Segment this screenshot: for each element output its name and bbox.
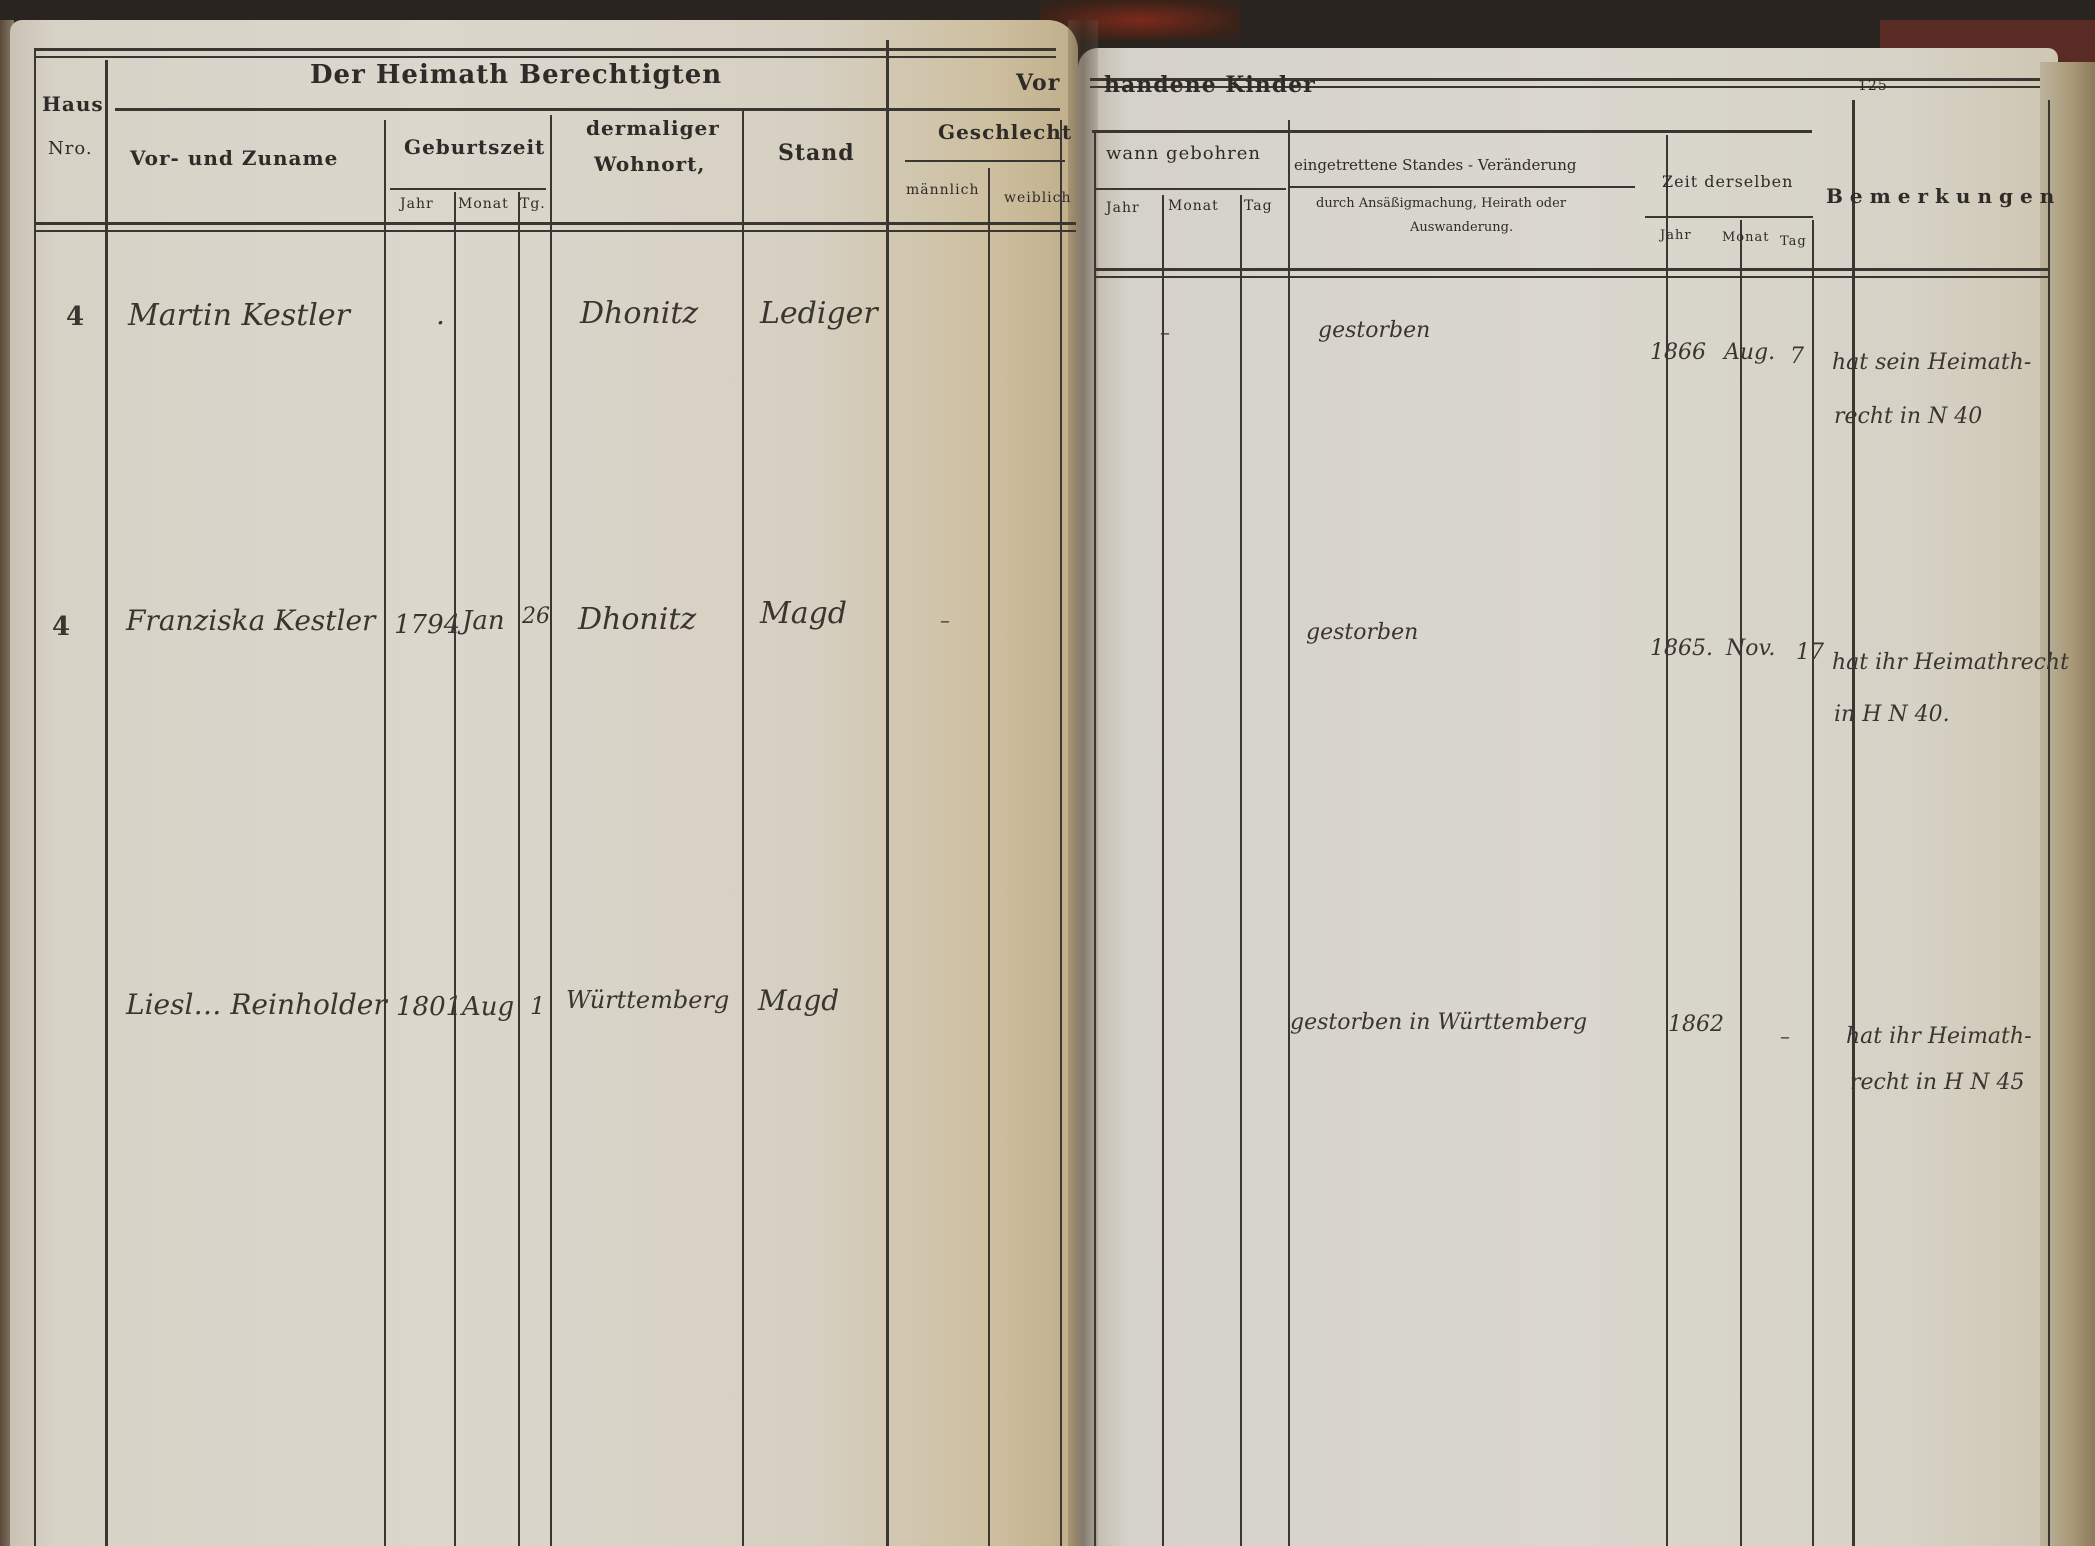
col-maennlich-label: männlich — [906, 182, 979, 198]
col-kind-tag-label: Tag — [1244, 198, 1273, 214]
cell-wohnort: Dhonitz — [578, 602, 696, 637]
cell-stand: Magd — [760, 596, 847, 631]
col-veraenderung-label-2: durch Ansäßigmachung, Heirath oder — [1316, 196, 1566, 211]
cell-geb-monat: Jan — [462, 606, 505, 636]
cell-name: Martin Kestler — [128, 298, 350, 333]
right-page — [1078, 48, 2058, 1546]
cell-veraenderung: gestorben in Württemberg — [1290, 1010, 1587, 1035]
col-veraenderung-label-3: Auswanderung. — [1410, 220, 1513, 235]
cell-zeit-jahr: 1862 — [1668, 1012, 1724, 1037]
col-zeit-label: Zeit derselben — [1662, 172, 1793, 191]
col-bemerkungen-label: Bemerkungen — [1826, 184, 2061, 208]
cell-kind-jahr: – — [1160, 320, 1170, 344]
cell-zeit-tag: 17 — [1796, 640, 1824, 665]
cell-zeit-monat: – — [1780, 1024, 1790, 1048]
page-number: 125 — [1858, 78, 1888, 94]
cell-maennlich: – — [940, 608, 950, 632]
cell-wohnort: Württemberg — [566, 986, 729, 1014]
col-zeit-jahr-label: Jahr — [1660, 228, 1692, 243]
col-veraenderung-label-1: eingetrettene Standes - Veränderung — [1294, 156, 1577, 174]
cell-bemerkungen-line1: hat ihr Heimath- — [1846, 1024, 2032, 1049]
cell-bemerkungen-line2: in H N 40. — [1834, 702, 1950, 727]
col-kind-monat-label: Monat — [1168, 198, 1219, 214]
cell-bemerkungen-line1: hat ihr Heimathrecht — [1832, 650, 2069, 675]
col-zeit-monat-label: Monat — [1722, 230, 1770, 245]
cell-zeit-jahr: 1865. — [1650, 636, 1713, 661]
cell-bemerkungen-line2: recht in N 40 — [1834, 404, 1982, 429]
cell-haus-nro: 4 — [66, 302, 84, 332]
cell-zeit-jahr: 1866 — [1650, 340, 1706, 365]
left-page — [10, 20, 1078, 1546]
cell-wohnort: Dhonitz — [580, 296, 698, 331]
col-kind-jahr-label: Jahr — [1106, 200, 1140, 216]
col-geb-monat-label: Monat — [458, 196, 509, 212]
col-geb-jahr-label: Jahr — [400, 196, 434, 212]
cell-geb-tag: 26 — [522, 604, 550, 629]
cell-zeit-monat: Aug. — [1724, 340, 1775, 365]
col-wohnort-label-2: Wohnort, — [594, 152, 705, 176]
col-geburtszeit-label: Geburtszeit — [404, 135, 545, 159]
cell-geb-jahr: 1801 — [396, 992, 462, 1022]
group-header-kinder: handene Kinder — [1104, 72, 1316, 98]
cell-bemerkungen-line2: recht in H N 45 — [1850, 1070, 2024, 1095]
cell-geb-jahr: 1794 — [394, 610, 460, 640]
col-name-label: Vor- und Zuname — [130, 146, 338, 170]
cell-bemerkungen-line1: hat sein Heimath- — [1832, 350, 2031, 375]
col-zeit-tag-label: Tag — [1780, 234, 1807, 249]
cell-stand: Magd — [758, 984, 839, 1017]
group-header-heimath: Der Heimath Berechtigten — [310, 60, 722, 90]
cell-name: Liesl… Reinholder — [126, 988, 387, 1021]
col-wann-geboren-label: wann gebohren — [1106, 143, 1261, 164]
col-wohnort-label-1: dermaliger — [586, 116, 720, 140]
cell-zeit-tag: 7 — [1790, 344, 1804, 369]
cell-haus-nro: 4 — [52, 612, 70, 642]
cell-geb-tag: 1 — [530, 992, 545, 1020]
cell-veraenderung: gestorben — [1318, 318, 1430, 343]
col-haus-label: Haus — [42, 92, 104, 116]
col-stand-label: Stand — [778, 140, 855, 166]
col-nro-label: Nro. — [48, 138, 93, 159]
cell-zeit-monat: Nov. — [1726, 636, 1775, 661]
cell-geb-monat: Aug — [462, 992, 514, 1022]
cell-veraenderung: gestorben — [1306, 620, 1418, 645]
col-geschlecht-label: Geschlecht — [938, 120, 1072, 144]
group-header-vor: Vor — [1016, 70, 1060, 96]
cell-stand: Lediger — [760, 296, 878, 331]
col-geb-tag-label: Tg. — [520, 196, 546, 212]
cell-geb-jahr: . — [436, 298, 445, 331]
col-weiblich-label: weiblich — [1004, 190, 1072, 206]
cell-name: Franziska Kestler — [126, 604, 375, 637]
